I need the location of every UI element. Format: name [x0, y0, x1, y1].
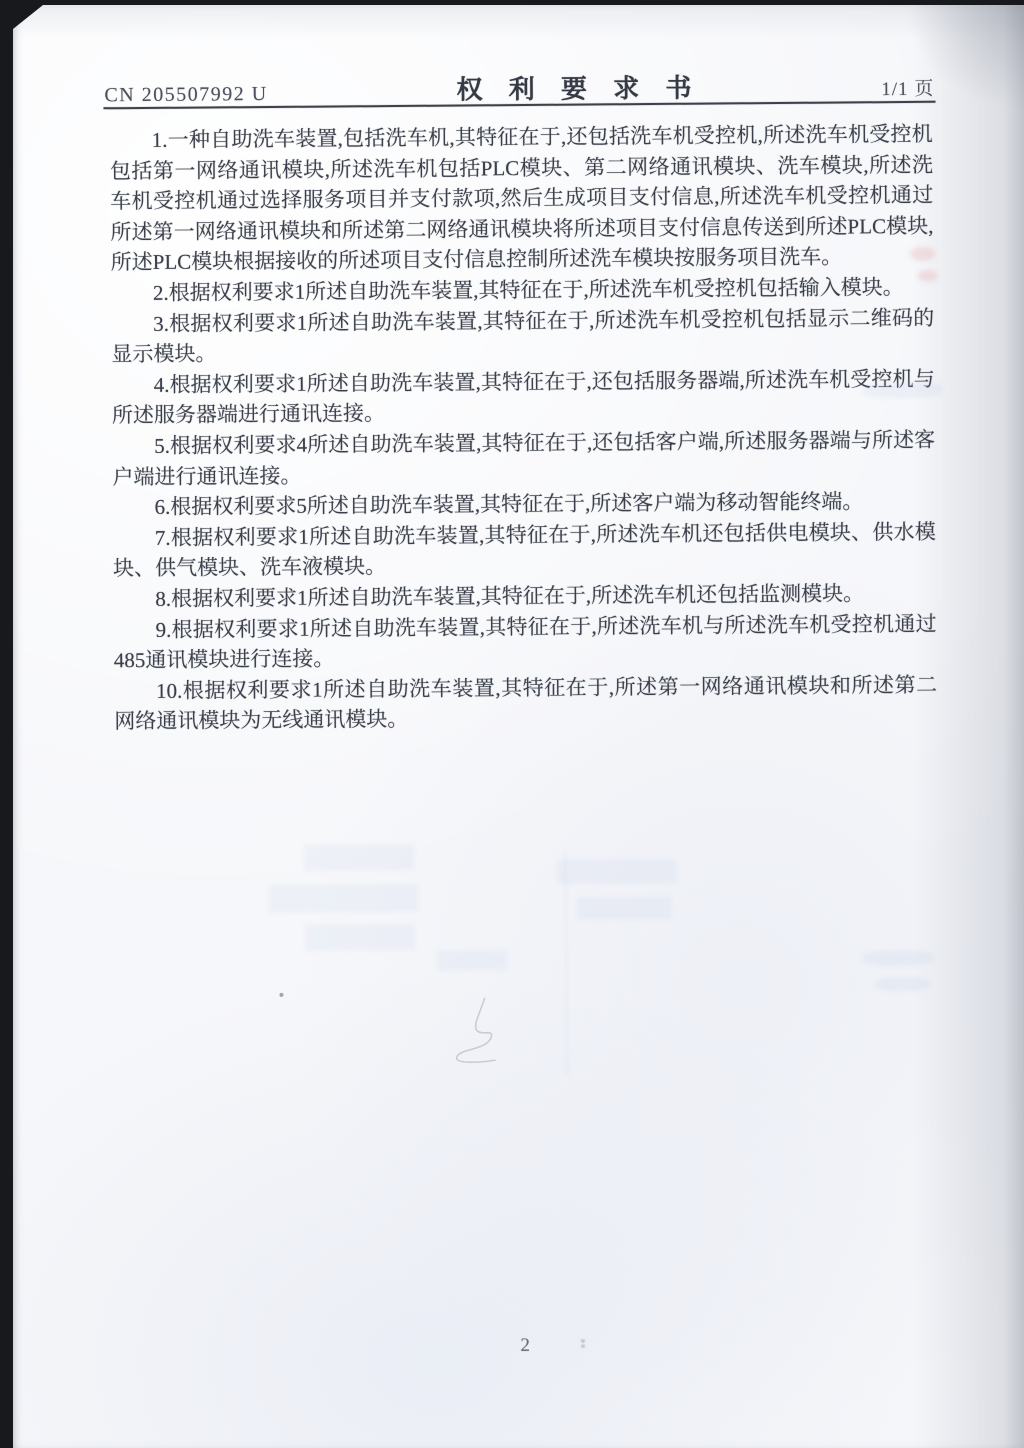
paper-speck: ⁑	[580, 1339, 586, 1352]
claims-body: 1.一种自助洗车装置,包括洗车机,其特征在于,还包括洗车机受控机,所述洗车机受控…	[110, 119, 938, 737]
bleed-through-line	[564, 850, 568, 1075]
scanned-page: CN 205507992 U 权 利 要 求 书 1/1 页 1.一种自助洗车装…	[13, 5, 1024, 1448]
claim-paragraph: 7.根据权利要求1所述自助洗车装置,其特征在于,所述洗车机还包括供电模块、供水模…	[113, 516, 936, 584]
page-number: 2	[520, 1335, 531, 1356]
paper-speck	[279, 993, 283, 997]
pencil-squiggle	[432, 990, 523, 1081]
bleed-through-smudge	[863, 950, 933, 967]
bleed-through-box	[577, 897, 672, 920]
claim-paragraph: 3.根据权利要求1所述自助洗车装置,其特征在于,所述洗车机受控机包括显示二维码的…	[111, 302, 934, 370]
claim-paragraph: 9.根据权利要求1所述自助洗车装置,其特征在于,所述洗车机与所述洗车机受控机通过…	[113, 608, 936, 676]
bleed-through-smudge	[875, 977, 930, 991]
page-title: 权 利 要 求 书	[456, 68, 692, 107]
bleed-through-box	[305, 924, 415, 951]
bleed-through-box	[269, 884, 419, 913]
claim-paragraph: 4.根据权利要求1所述自助洗车装置,其特征在于,还包括服务器端,所述洗车机受控机…	[112, 364, 935, 432]
patent-number: CN 205507992 U	[104, 83, 267, 107]
bleed-through-box	[556, 859, 676, 884]
page-indicator: 1/1 页	[881, 74, 934, 101]
claim-paragraph: 5.根据权利要求4所述自助洗车装置,其特征在于,还包括客户端,所述服务器端与所述…	[112, 425, 935, 493]
bleed-through-box	[304, 844, 414, 871]
page-footer: 2 ⁑	[20, 1331, 1024, 1361]
claim-paragraph: 10.根据权利要求1所述自助洗车装置,其特征在于,所述第一网络通讯模块和所述第二…	[114, 669, 937, 737]
page-content: CN 205507992 U 权 利 要 求 书 1/1 页 1.一种自助洗车装…	[10, 1, 1024, 1448]
bleed-through-box	[437, 950, 507, 971]
claim-paragraph: 1.一种自助洗车装置,包括洗车机,其特征在于,还包括洗车机受控机,所述洗车机受控…	[110, 119, 934, 278]
